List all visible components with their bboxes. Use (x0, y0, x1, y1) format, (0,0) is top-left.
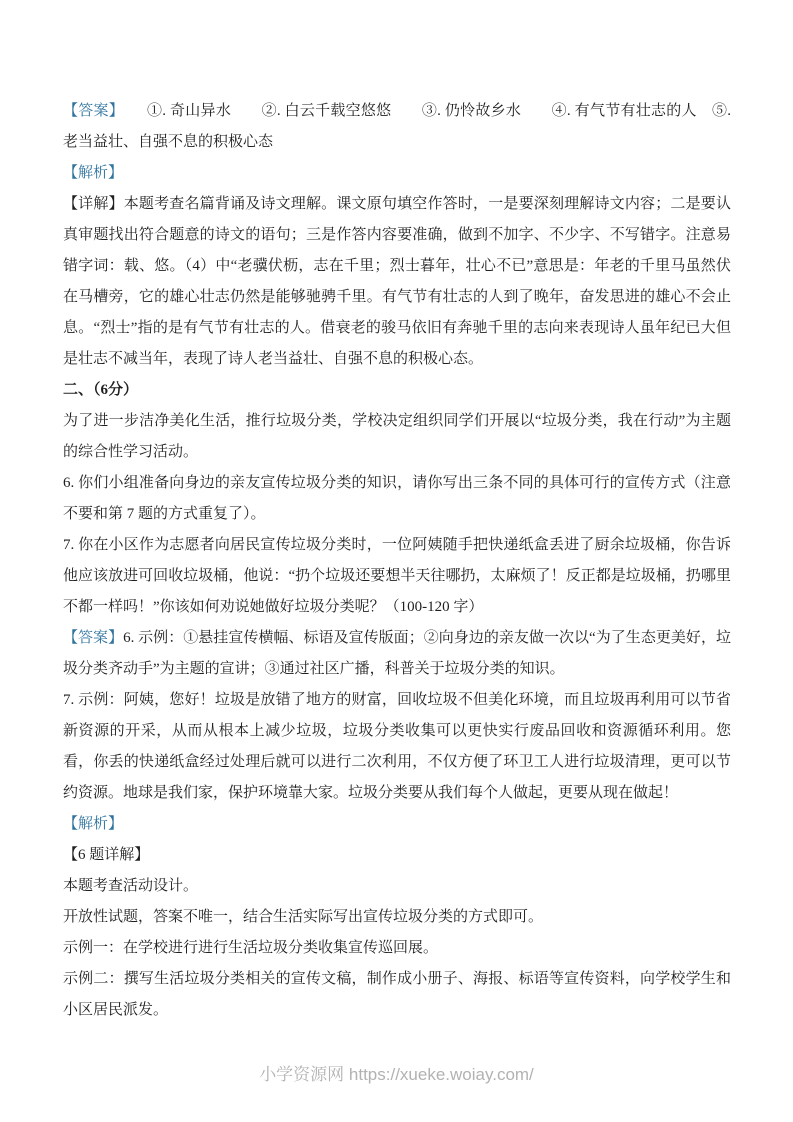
bracket-marker: 【解析】 (63, 165, 123, 181)
text-run: 7. 你在小区作为志愿者向居民宣传垃圾分类时，一位阿姨随手把快递纸盒丢进了厨余垃… (63, 537, 731, 615)
text-run: 为了进一步洁净美化生活，推行垃圾分类，学校决定组织同学们开展以“垃圾分类，我在行… (63, 413, 731, 460)
analysis-marker-1: 【解析】 (63, 158, 731, 189)
text-run: 6. 你们小组准备向身边的亲友宣传垃圾分类的知识，请你写出三条不同的具体可行的宣… (63, 475, 731, 522)
text-run: ①. 奇山异水 ②. 白云千载空悠悠 ③. 仍怜故乡水 ④. 有气节有壮志的人 … (63, 103, 731, 150)
text-run: 【详解】本题考查名篇背诵及诗文理解。课文原句填空作答时，一是要深刻理解诗文内容；… (63, 196, 731, 367)
section-heading-2: 二、（6分） (63, 375, 731, 406)
document-page: 【答案】 ①. 奇山异水 ②. 白云千载空悠悠 ③. 仍怜故乡水 ④. 有气节有… (0, 0, 793, 1122)
question-6: 6. 你们小组准备向身边的亲友宣传垃圾分类的知识，请你写出三条不同的具体可行的宣… (63, 468, 731, 530)
text-run: 7. 示例：阿姨，您好！垃圾是放错了地方的财富，回收垃圾不但美化环境，而且垃圾再… (63, 692, 731, 801)
q6-explanation-line-1: 本题考查活动设计。 (63, 871, 731, 902)
text-run: 6. 示例：①悬挂宣传横幅、标语及宣传版面；②向身边的亲友做一次以“为了生态更美… (63, 630, 731, 677)
text-run: 示例一：在学校进行进行生活垃圾分类收集宣传巡回展。 (63, 940, 438, 956)
q6-example-1: 示例一：在学校进行进行生活垃圾分类收集宣传巡回展。 (63, 933, 731, 964)
document-body: 【答案】 ①. 奇山异水 ②. 白云千载空悠悠 ③. 仍怜故乡水 ④. 有气节有… (63, 96, 731, 1026)
text-run: 二、（6分） (63, 382, 138, 398)
answer-7-sample: 7. 示例：阿姨，您好！垃圾是放错了地方的财富，回收垃圾不但美化环境，而且垃圾再… (63, 685, 731, 809)
q6-explanation-heading: 【6 题详解】 (63, 840, 731, 871)
q6-example-2: 示例二：撰写生活垃圾分类相关的宣传文稿，制作成小册子、海报、标语等宣传资料，向学… (63, 964, 731, 1026)
text-run: 开放性试题，答案不唯一，结合生活实际写出宣传垃圾分类的方式即可。 (63, 909, 543, 925)
answer-block-2: 【答案】6. 示例：①悬挂宣传横幅、标语及宣传版面；②向身边的亲友做一次以“为了… (63, 623, 731, 685)
bracket-marker: 【解析】 (63, 816, 123, 832)
text-run: 示例二：撰写生活垃圾分类相关的宣传文稿，制作成小册子、海报、标语等宣传资料，向学… (63, 971, 731, 1018)
analysis-marker-2: 【解析】 (63, 809, 731, 840)
question-7: 7. 你在小区作为志愿者向居民宣传垃圾分类时，一位阿姨随手把快递纸盒丢进了厨余垃… (63, 530, 731, 623)
answer-block-1: 【答案】 ①. 奇山异水 ②. 白云千载空悠悠 ③. 仍怜故乡水 ④. 有气节有… (63, 96, 731, 158)
section-intro: 为了进一步洁净美化生活，推行垃圾分类，学校决定组织同学们开展以“垃圾分类，我在行… (63, 406, 731, 468)
text-run: 【6 题详解】 (63, 847, 149, 863)
detailed-explanation-1: 【详解】本题考查名篇背诵及诗文理解。课文原句填空作答时，一是要深刻理解诗文内容；… (63, 189, 731, 375)
bracket-marker: 【答案】 (63, 630, 123, 646)
footer-credit: 小学资源网 https://xueke.woiay.com/ (0, 1063, 793, 1087)
q6-explanation-line-2: 开放性试题，答案不唯一，结合生活实际写出宣传垃圾分类的方式即可。 (63, 902, 731, 933)
text-run: 本题考查活动设计。 (63, 878, 198, 894)
bracket-marker: 【答案】 (63, 103, 117, 119)
